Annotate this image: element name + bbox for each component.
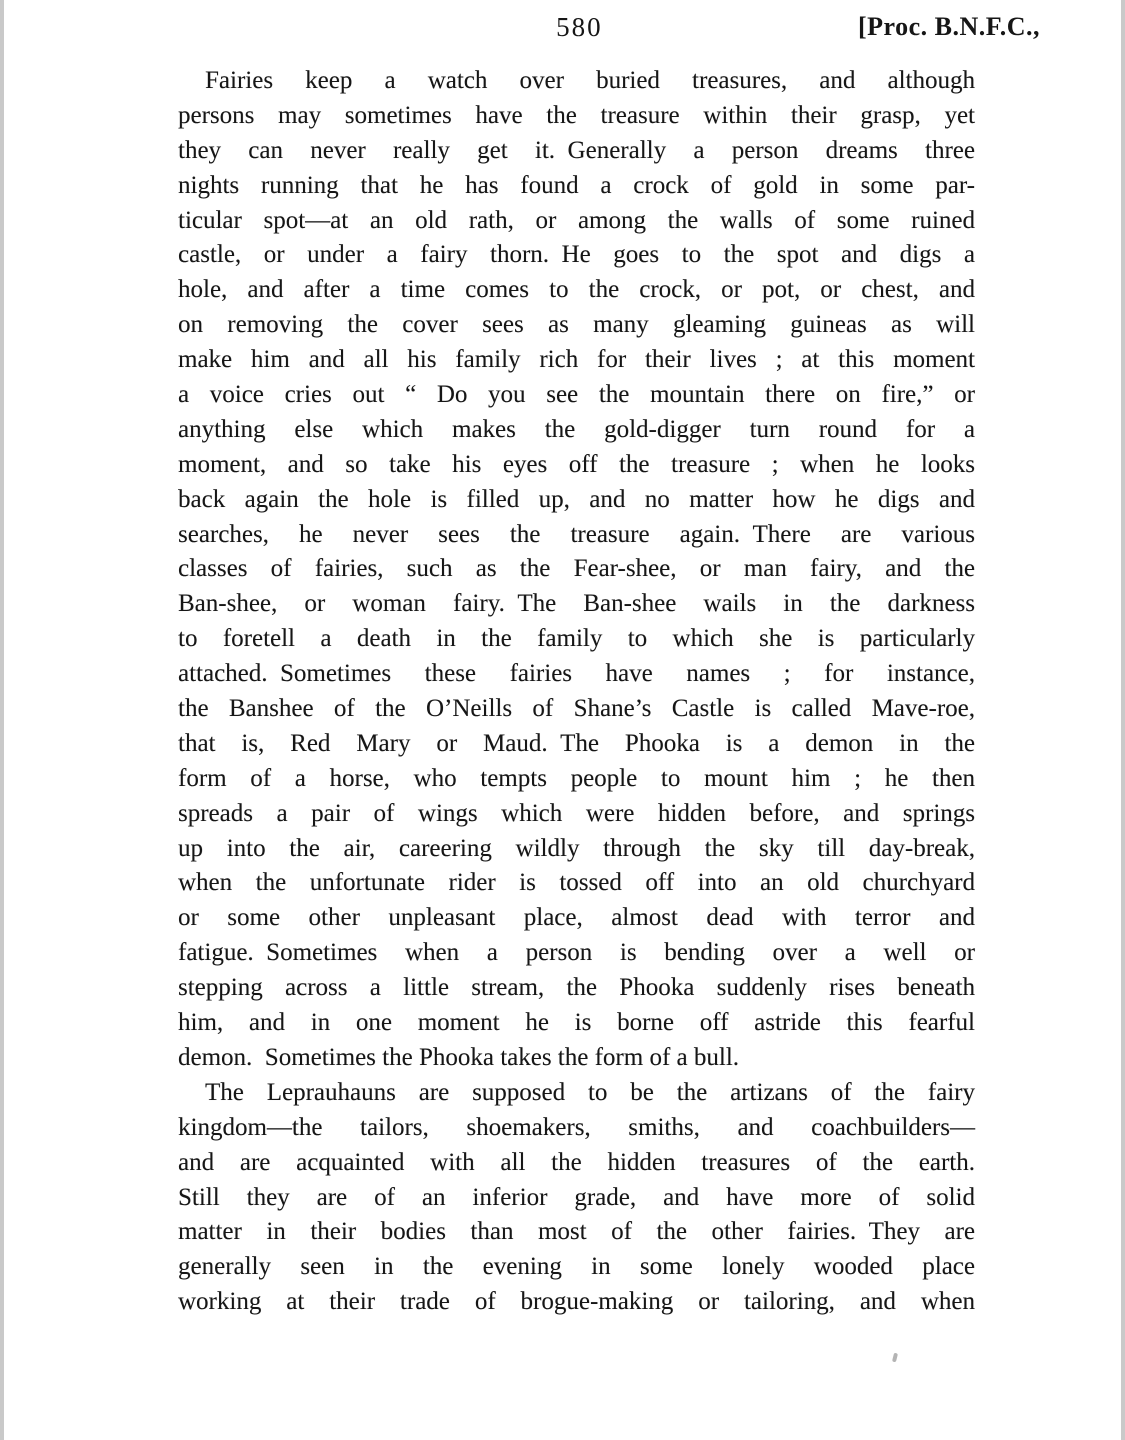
text-line: classes of fairies, such as the Fear-she… — [178, 552, 975, 587]
scan-speck — [892, 1353, 898, 1363]
text-line: generally seen in the evening in some lo… — [178, 1250, 975, 1285]
text-line: up into the air, careering wildly throug… — [178, 832, 975, 867]
text-line: Ban-shee, or woman fairy. The Ban-shee w… — [178, 587, 975, 622]
text-line: Still they are of an inferior grade, and… — [178, 1181, 975, 1216]
text-line: the Banshee of the O’Neills of Shane’s C… — [178, 692, 975, 727]
scanned-page: 580 [Proc. B.N.F.C., Fairies keep a watc… — [0, 0, 1125, 1440]
text-line: matter in their bodies than most of the … — [178, 1215, 975, 1250]
text-line: back again the hole is filled up, and no… — [178, 483, 975, 518]
page-header: 580 [Proc. B.N.F.C., — [0, 10, 1125, 50]
text-line: or some other unpleasant place, almost d… — [178, 901, 975, 936]
text-line: and are acquainted with all the hidden t… — [178, 1146, 975, 1181]
page-body: Fairies keep a watch over buried treasur… — [178, 64, 975, 1320]
journal-reference: [Proc. B.N.F.C., — [858, 12, 1040, 42]
text-line: The Leprauhauns are supposed to be the a… — [178, 1076, 975, 1111]
text-line: spreads a pair of wings which were hidde… — [178, 797, 975, 832]
text-line: castle, or under a fairy thorn. He goes … — [178, 238, 975, 273]
text-line: stepping across a little stream, the Pho… — [178, 971, 975, 1006]
text-line: a voice cries out “ Do you see the mount… — [178, 378, 975, 413]
scan-edge-right — [1121, 0, 1125, 1440]
text-line: Fairies keep a watch over buried treasur… — [178, 64, 975, 99]
page-number: 580 — [556, 12, 603, 43]
text-line: persons may sometimes have the treasure … — [178, 99, 975, 134]
text-line: nights running that he has found a crock… — [178, 169, 975, 204]
text-line: when the unfortunate rider is tossed off… — [178, 866, 975, 901]
text-line: hole, and after a time comes to the croc… — [178, 273, 975, 308]
text-line: moment, and so take his eyes off the tre… — [178, 448, 975, 483]
text-line: make him and all his family rich for the… — [178, 343, 975, 378]
text-line: on removing the cover sees as many gleam… — [178, 308, 975, 343]
text-line: they can never really get it. Generally … — [178, 134, 975, 169]
text-line: that is, Red Mary or Maud. The Phooka is… — [178, 727, 975, 762]
text-line: searches, he never sees the treasure aga… — [178, 518, 975, 553]
text-line: demon. Sometimes the Phooka takes the fo… — [178, 1041, 975, 1076]
scan-edge-left — [0, 0, 4, 1440]
text-line: form of a horse, who tempts people to mo… — [178, 762, 975, 797]
text-line: working at their trade of brogue-making … — [178, 1285, 975, 1320]
text-line: him, and in one moment he is borne off a… — [178, 1006, 975, 1041]
text-line: fatigue. Sometimes when a person is bend… — [178, 936, 975, 971]
text-line: anything else which makes the gold-digge… — [178, 413, 975, 448]
text-line: ticular spot—at an old rath, or among th… — [178, 204, 975, 239]
text-line: to foretell a death in the family to whi… — [178, 622, 975, 657]
text-line: kingdom—the tailors, shoemakers, smiths,… — [178, 1111, 975, 1146]
text-line: attached. Sometimes these fairies have n… — [178, 657, 975, 692]
